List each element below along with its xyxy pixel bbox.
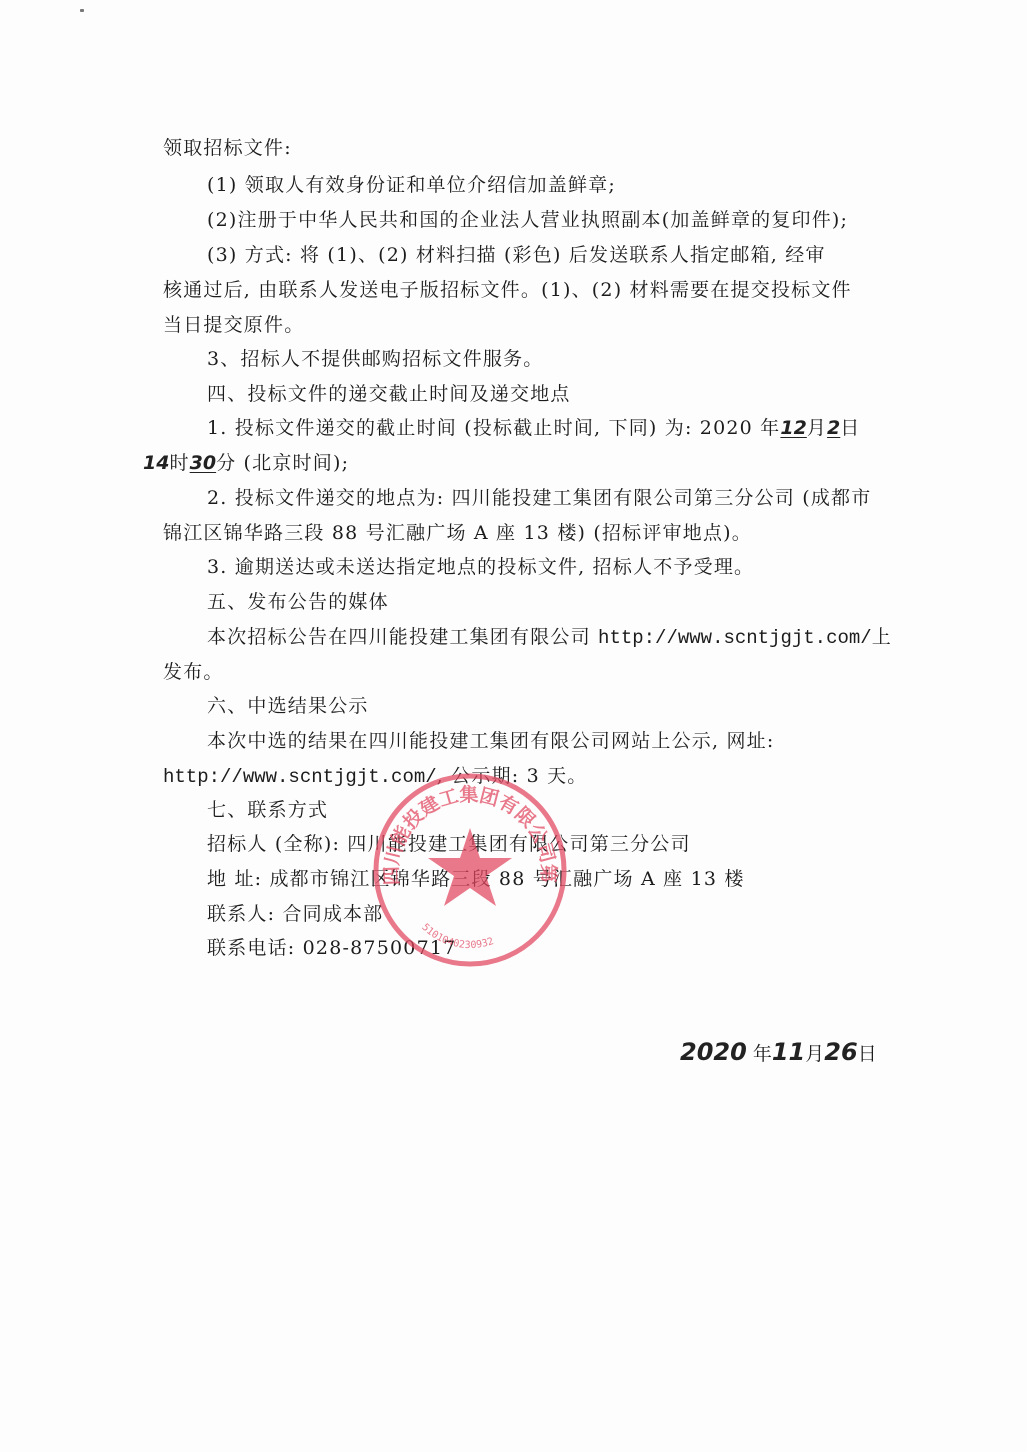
result-announcement-line2: http://www.scntjgjt.com/, 公示期: 3 天。 xyxy=(163,764,588,789)
requirement-3-line2: 核通过后, 由联系人发送电子版招标文件。(1)、(2) 材料需要在提交投标文件 xyxy=(163,278,852,302)
contact-phone: 联系电话: 028-87500717 xyxy=(207,936,456,960)
deadline-line: 1. 投标文件递交的截止时间 (投标截止时间, 下同) 为: 2020 年12月… xyxy=(207,416,860,440)
tenderer-full-name: 招标人 (全称): 四川能投建工集团有限公司第三分公司 xyxy=(207,832,691,856)
deadline-hour-unit: 时 xyxy=(169,452,189,474)
signature-day-handwritten: 26 xyxy=(824,1038,857,1066)
submission-location-line2: 锦江区锦华路三段 88 号汇融广场 A 座 13 楼) (招标评审地点)。 xyxy=(163,521,752,545)
deadline-hour-handwritten: 14 xyxy=(143,452,169,474)
publication-prefix: 本次招标公告在四川能投建工集团有限公司 xyxy=(207,626,598,648)
tenderer-address: 地 址: 成都市锦江区锦华路三段 88 号汇融广场 A 座 13 楼 xyxy=(207,867,745,891)
publication-url-link[interactable]: http://www.scntjgjt.com/ xyxy=(598,627,872,649)
signature-month-handwritten: 11 xyxy=(772,1038,805,1066)
scanned-document-page: 领取招标文件: (1) 领取人有效身份证和单位介绍信加盖鲜章; (2)注册于中华… xyxy=(0,0,1027,1452)
contact-person: 联系人: 合同成本部 xyxy=(207,902,383,926)
publication-media-line2: 发布。 xyxy=(163,660,224,684)
deadline-time-line: 14时30分 (北京时间); xyxy=(143,451,349,475)
deadline-day-handwritten: 2 xyxy=(827,417,840,439)
requirement-3-line3: 当日提交原件。 xyxy=(163,313,304,337)
deadline-time-suffix: 分 (北京时间); xyxy=(216,452,349,474)
submission-location-line1: 2. 投标文件递交的地点为: 四川能投建工集团有限公司第三分公司 (成都市 xyxy=(207,486,871,510)
section-5-heading: 五、发布公告的媒体 xyxy=(207,590,389,614)
publication-suffix: 上 xyxy=(872,626,892,648)
collect-documents-heading: 领取招标文件: xyxy=(163,136,292,160)
deadline-month-unit: 月 xyxy=(807,417,827,439)
deadline-minute-handwritten: 30 xyxy=(190,452,216,474)
deadline-prefix: 1. 投标文件递交的截止时间 (投标截止时间, 下同) 为: 2020 年 xyxy=(207,417,780,439)
signature-date: 2020 年11月26日 xyxy=(680,1038,877,1066)
signature-month-unit: 月 xyxy=(805,1043,824,1065)
section-7-heading: 七、联系方式 xyxy=(207,798,328,822)
requirement-1: (1) 领取人有效身份证和单位介绍信加盖鲜章; xyxy=(207,173,616,197)
publication-media-line1: 本次招标公告在四川能投建工集团有限公司 http://www.scntjgjt.… xyxy=(207,625,892,650)
requirement-2: (2)注册于中华人民共和国的企业法人营业执照副本(加盖鲜章的复印件); xyxy=(207,208,848,232)
result-announcement-line1: 本次中选的结果在四川能投建工集团有限公司网站上公示, 网址: xyxy=(207,729,774,753)
requirement-3-line1: (3) 方式: 将 (1)、(2) 材料扫描 (彩色) 后发送联系人指定邮箱, … xyxy=(207,243,826,267)
signature-year-unit: 年 xyxy=(753,1043,772,1065)
late-submission-note: 3. 逾期送达或未送达指定地点的投标文件, 招标人不予受理。 xyxy=(207,555,754,579)
section-6-heading: 六、中选结果公示 xyxy=(207,694,369,718)
deadline-month-handwritten: 12 xyxy=(780,417,806,439)
scan-speck xyxy=(80,9,84,12)
signature-day-unit: 日 xyxy=(858,1043,877,1065)
no-mail-order-note: 3、招标人不提供邮购招标文件服务。 xyxy=(207,347,544,371)
section-4-heading: 四、投标文件的递交截止时间及递交地点 xyxy=(207,382,571,406)
deadline-day-unit: 日 xyxy=(840,417,860,439)
signature-year-handwritten: 2020 xyxy=(680,1038,747,1066)
result-period: , 公示期: 3 天。 xyxy=(437,765,588,787)
result-url-link[interactable]: http://www.scntjgjt.com/ xyxy=(163,766,437,788)
